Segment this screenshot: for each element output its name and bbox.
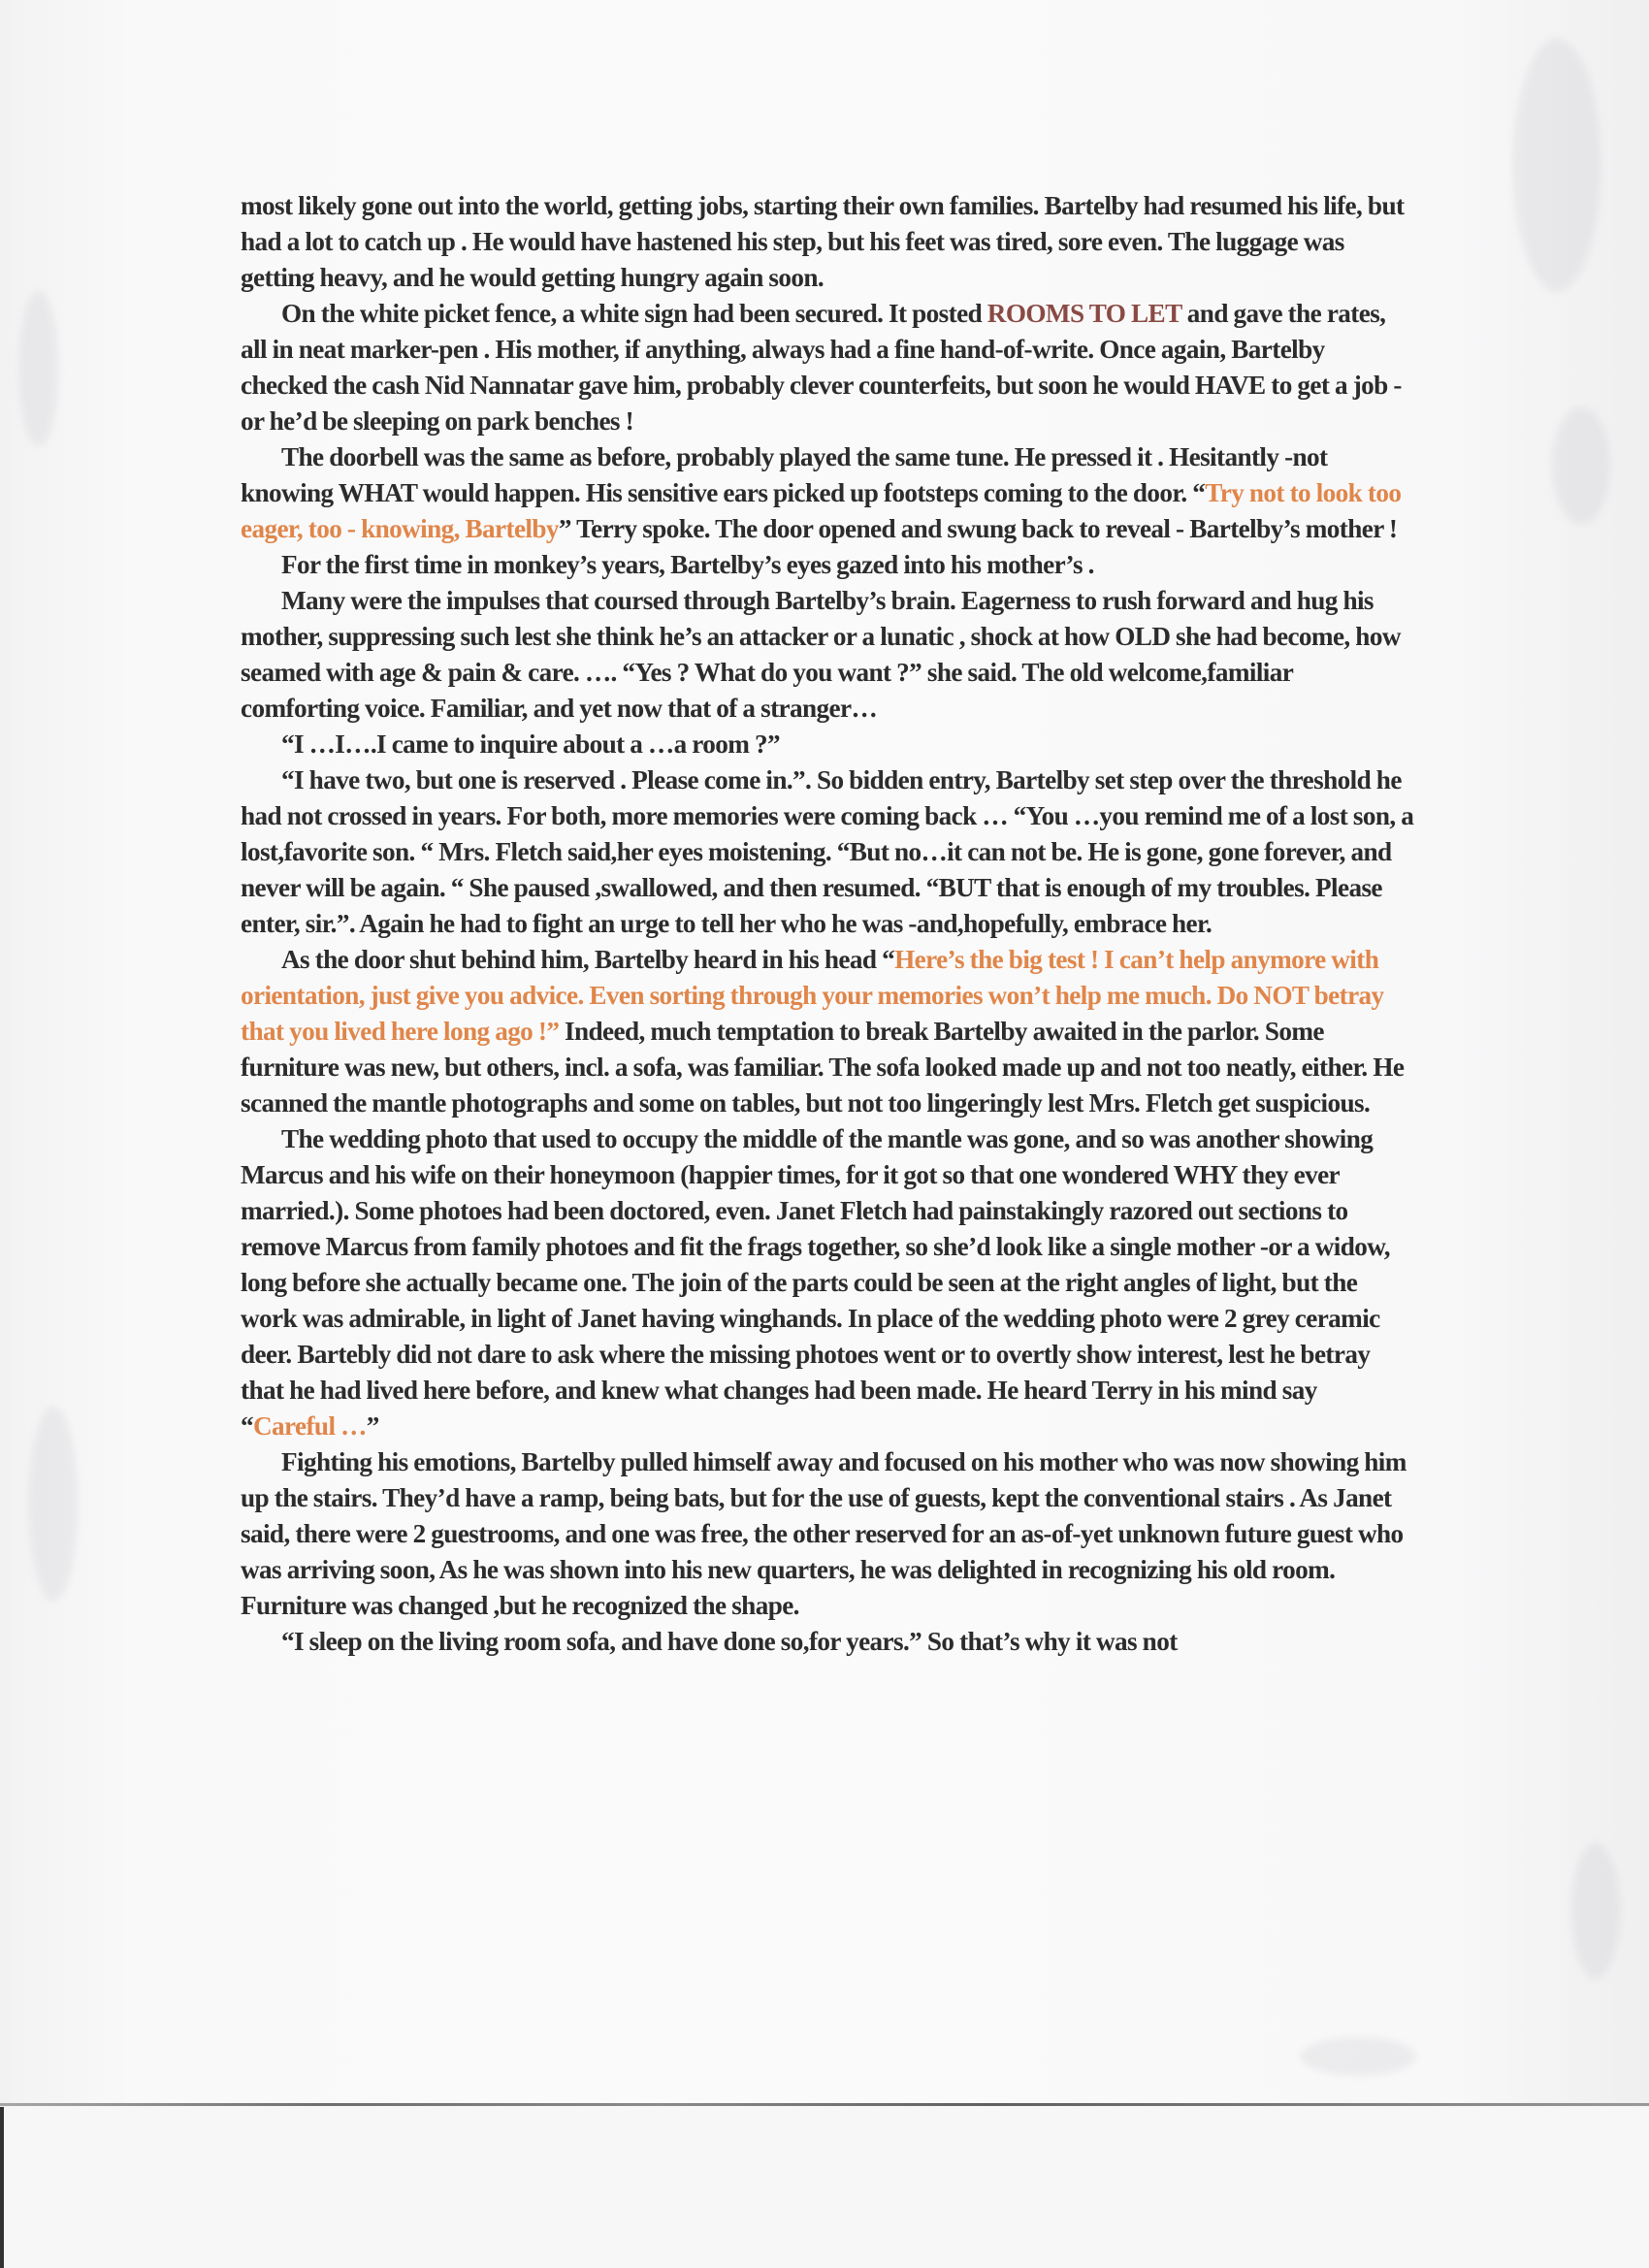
paragraph-p9: The wedding photo that used to occupy th… — [241, 1121, 1414, 1444]
paragraph-p7: “I have two, but one is reserved . Pleas… — [241, 762, 1414, 942]
scan-smudge — [1571, 1843, 1620, 1979]
narrative-text: For the first time in monkey’s years, Ba… — [281, 550, 1094, 579]
narrative-text: The doorbell was the same as before, pro… — [241, 442, 1328, 507]
paragraph-p6: “I …I….I came to inquire about a …a room… — [241, 727, 1414, 762]
scan-lower-margin — [0, 2107, 1649, 2268]
paragraph-p11: “I sleep on the living room sofa, and ha… — [241, 1624, 1414, 1660]
scan-smudge — [1300, 2037, 1416, 2076]
paragraph-p1: most likely gone out into the world, get… — [241, 188, 1414, 296]
narrative-text: As the door shut behind him, Bartelby he… — [281, 945, 894, 974]
narrative-text: most likely gone out into the world, get… — [241, 191, 1404, 292]
paragraph-p2: On the white picket fence, a white sign … — [241, 296, 1414, 439]
sign-text-highlight: ROOMS TO LET — [987, 299, 1181, 328]
narrative-text: “I …I….I came to inquire about a …a room… — [281, 729, 780, 759]
narrative-text: “I have two, but one is reserved . Pleas… — [241, 765, 1413, 938]
narrative-text: Fighting his emotions, Bartelby pulled h… — [241, 1447, 1406, 1620]
scan-smudge — [29, 1407, 78, 1601]
page-fold-line — [0, 2103, 1649, 2106]
narrative-text: On the white picket fence, a white sign … — [281, 299, 987, 328]
paragraph-p3: The doorbell was the same as before, pro… — [241, 439, 1414, 547]
scan-smudge — [19, 291, 58, 446]
paragraph-p8: As the door shut behind him, Bartelby he… — [241, 942, 1414, 1121]
scan-smudge — [1552, 407, 1610, 524]
narrative-text: ” — [367, 1411, 379, 1441]
paragraph-p4: For the first time in monkey’s years, Ba… — [241, 547, 1414, 583]
narrative-text: Many were the impulses that coursed thro… — [241, 586, 1401, 723]
paragraph-p10: Fighting his emotions, Bartelby pulled h… — [241, 1444, 1414, 1624]
narrative-text: “I sleep on the living room sofa, and ha… — [281, 1627, 1178, 1656]
scan-smudge — [1513, 39, 1600, 291]
narrative-text: The wedding photo that used to occupy th… — [241, 1124, 1390, 1441]
narrative-text: ” Terry spoke. The door opened and swung… — [559, 514, 1397, 543]
story-text-body: most likely gone out into the world, get… — [241, 188, 1414, 1660]
telepathic-speech-highlight: Careful … — [253, 1411, 367, 1441]
paragraph-p5: Many were the impulses that coursed thro… — [241, 583, 1414, 727]
